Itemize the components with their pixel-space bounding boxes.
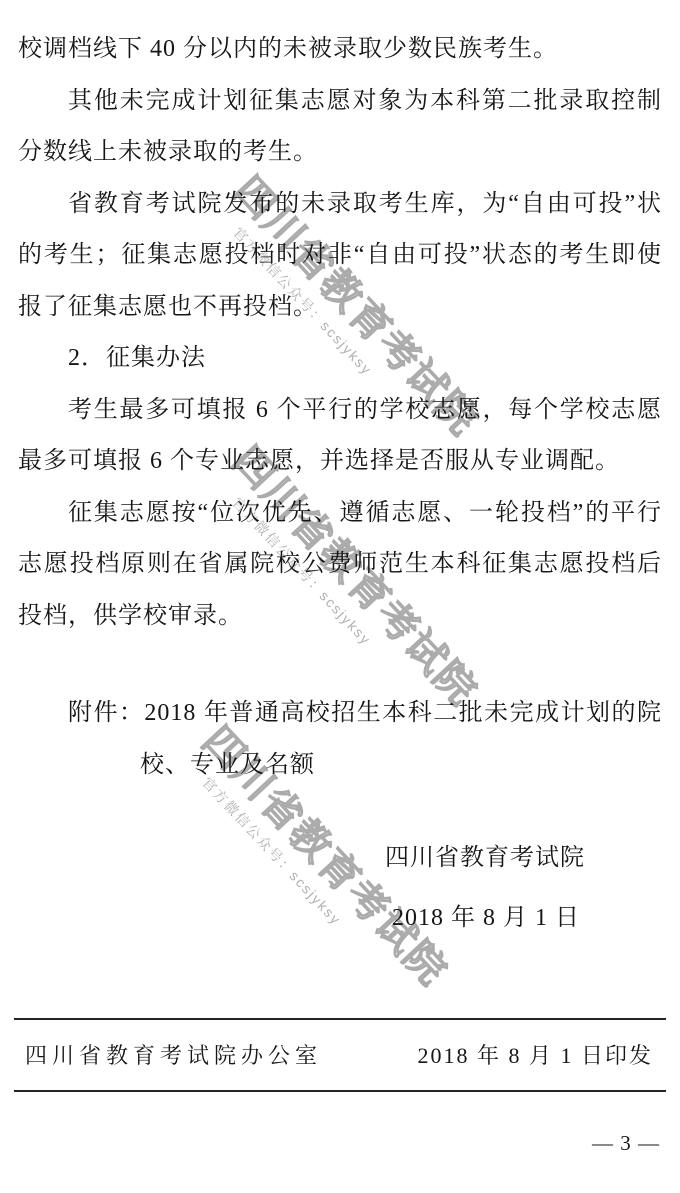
document-page: 四川省教育考试院官方微信公众号：scsjyksy四川省教育考试院官方微信公众号：… bbox=[0, 0, 680, 1193]
heading-item-2: 2．征集办法 bbox=[18, 333, 662, 385]
vertical-gap bbox=[18, 791, 662, 833]
para5-line1: 征集志愿按“位次优先、遵循志愿、一轮投档”的平行 bbox=[18, 488, 662, 540]
vertical-gap bbox=[18, 642, 662, 688]
para4-line1: 考生最多可填报 6 个平行的学校志愿，每个学校志愿内 bbox=[18, 385, 662, 437]
para3-line1: 省教育考试院发布的未录取考生库，为“自由可投”状态 bbox=[18, 179, 662, 231]
para5-line3: 投档，供学校审录。 bbox=[18, 591, 662, 643]
para4-line2: 最多可填报 6 个专业志愿，并选择是否服从专业调配。 bbox=[18, 436, 662, 488]
signature-date: 2018 年 8 月 1 日 bbox=[18, 893, 662, 945]
para3-line2: 的考生；征集志愿投档时对非“自由可投”状态的考生即使填 bbox=[18, 230, 662, 282]
para2-line1: 其他未完成计划征集志愿对象为本科第二批录取控制 bbox=[18, 76, 662, 128]
para2-line2: 分数线上未被录取的考生。 bbox=[18, 127, 662, 179]
para5-line2: 志愿投档原则在省属院校公费师范生本科征集志愿投档后 bbox=[18, 539, 662, 591]
document-body: 校调档线下 40 分以内的未被录取少数民族考生。其他未完成计划征集志愿对象为本科… bbox=[0, 0, 680, 944]
attachment-line1: 附件：2018 年普通高校招生本科二批未完成计划的院 bbox=[18, 688, 662, 740]
para1-line1: 校调档线下 40 分以内的未被录取少数民族考生。 bbox=[18, 24, 662, 76]
signature-org: 四川省教育考试院 bbox=[18, 833, 662, 885]
attachment-line2: 校、专业及名额 bbox=[18, 740, 662, 792]
para3-line3: 报了征集志愿也不再投档。 bbox=[18, 282, 662, 334]
